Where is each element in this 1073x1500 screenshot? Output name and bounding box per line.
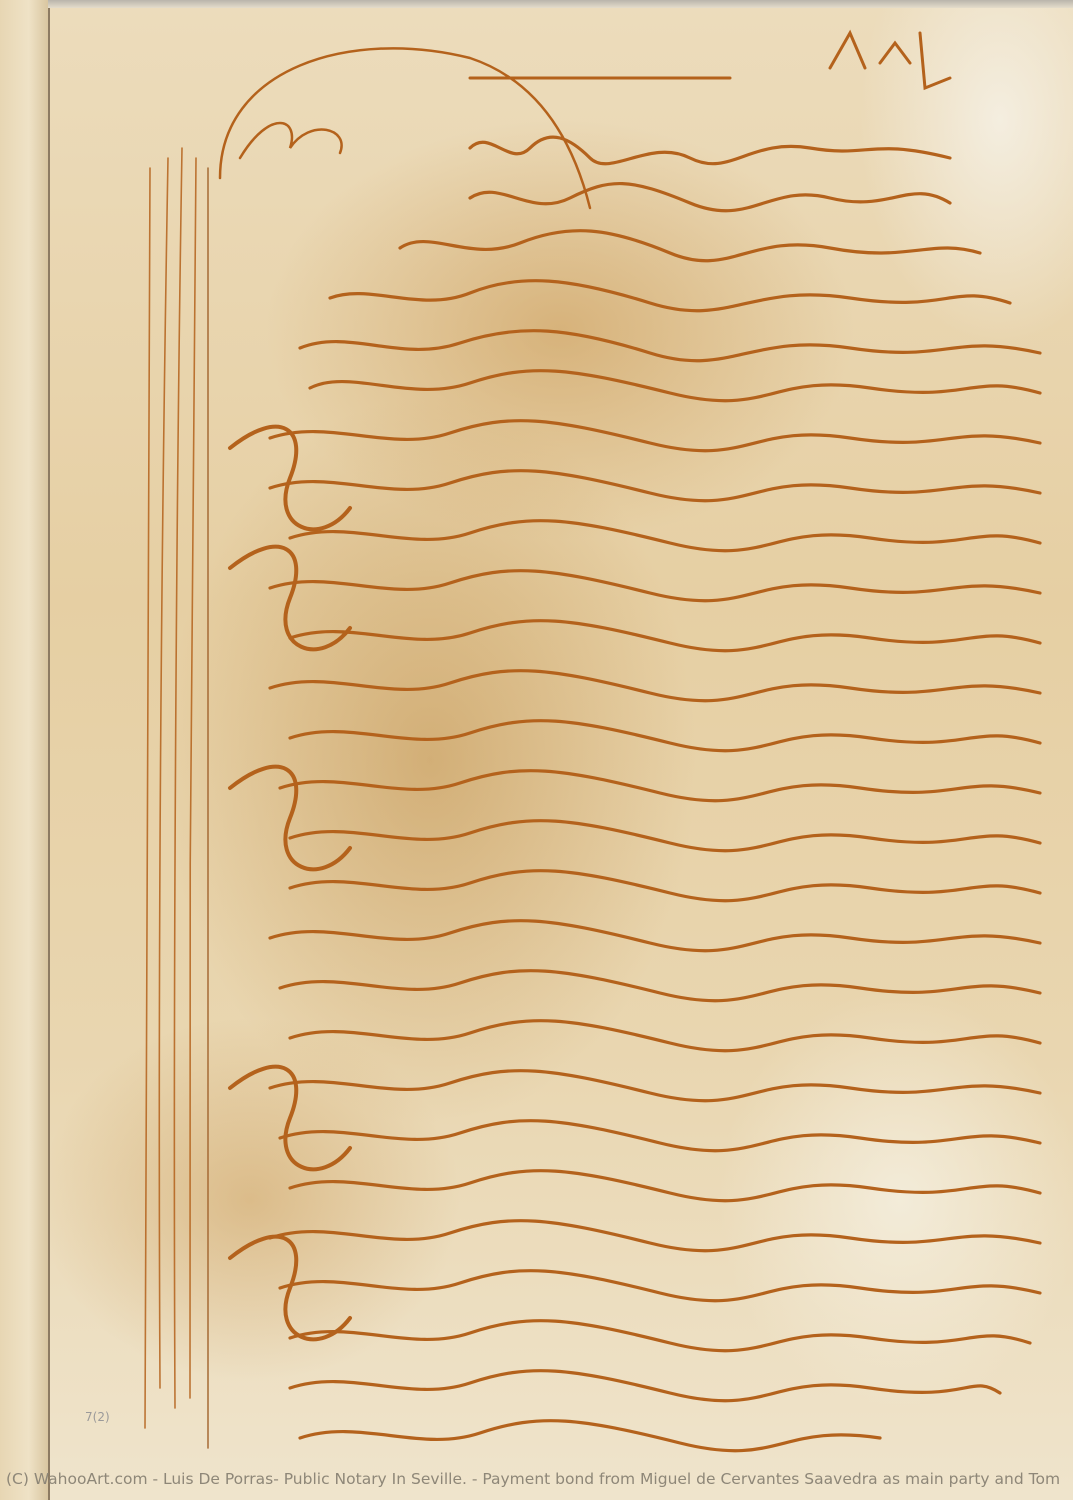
manuscript-sheet [50,8,1073,1468]
handwriting-ink [50,8,1073,1468]
facing-page-edge [0,0,50,1500]
watermark-caption: (C) WahooArt.com - Luis De Porras- Publi… [6,1466,1073,1492]
folio-mark: 7(2) [85,1410,110,1424]
page-top-edge [48,0,1073,8]
